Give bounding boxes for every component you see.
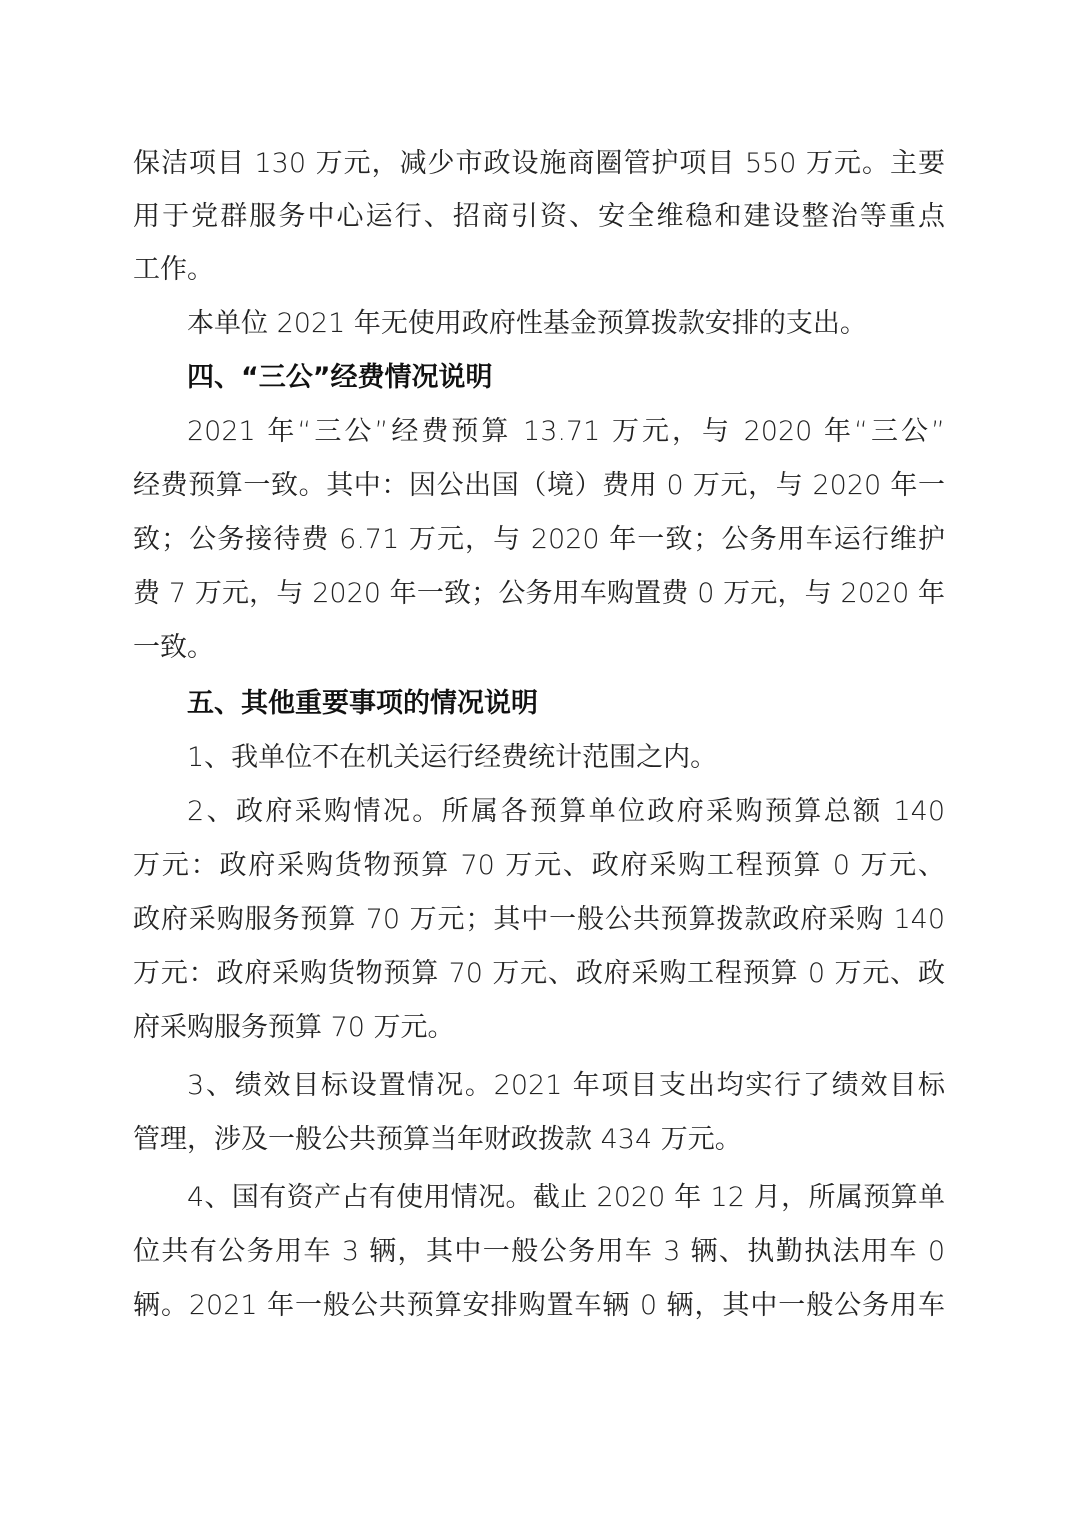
paragraph-line: 府采购服务预算 70 万元。 [133,1008,945,1048]
paragraph-line: 经费预算一致。其中：因公出国（境）费用 0 万元，与 2020 年一 [133,466,945,506]
paragraph-line: 2021 年“三公”经费预算 13.71 万元，与 2020 年“三公” [187,412,945,452]
section-heading-five: 五、其他重要事项的情况说明 [187,684,945,724]
paragraph-line: 万元：政府采购货物预算 70 万元、政府采购工程预算 0 万元、 [133,846,945,886]
paragraph-line: 保洁项目 130 万元，减少市政设施商圈管护项目 550 万元。主要 [133,144,945,184]
list-item-4: 4、国有资产占有使用情况。截止 2020 年 12 月，所属预算单 [187,1178,945,1218]
paragraph-line: 一致。 [133,628,945,668]
paragraph-line: 辆。2021 年一般公共预算安排购置车辆 0 辆，其中一般公务用车 [133,1286,945,1326]
document-page: 保洁项目 130 万元，减少市政设施商圈管护项目 550 万元。主要 用于党群服… [0,0,1074,1520]
section-heading-four: 四、“三公”经费情况说明 [187,358,945,398]
paragraph-line: 政府采购服务预算 70 万元；其中一般公共预算拨款政府采购 140 [133,900,945,940]
paragraph-line: 管理，涉及一般公共预算当年财政拨款 434 万元。 [133,1120,945,1160]
paragraph-line: 万元：政府采购货物预算 70 万元、政府采购工程预算 0 万元、政 [133,954,945,994]
paragraph-line: 费 7 万元，与 2020 年一致；公务用车购置费 0 万元，与 2020 年 [133,574,945,614]
list-item-3: 3、绩效目标设置情况。2021 年项目支出均实行了绩效目标 [187,1066,945,1106]
paragraph-line: 致；公务接待费 6.71 万元，与 2020 年一致；公务用车运行维护 [133,520,945,560]
paragraph-line: 用于党群服务中心运行、招商引资、安全维稳和建设整治等重点 [133,197,945,237]
paragraph-line: 工作。 [133,250,945,290]
list-item-1: 1、我单位不在机关运行经费统计范围之内。 [187,738,945,778]
paragraph-line: 本单位 2021 年无使用政府性基金预算拨款安排的支出。 [187,304,945,344]
list-item-2: 2、政府采购情况。所属各预算单位政府采购预算总额 140 [187,792,945,832]
paragraph-line: 位共有公务用车 3 辆，其中一般公务用车 3 辆、执勤执法用车 0 [133,1232,945,1272]
